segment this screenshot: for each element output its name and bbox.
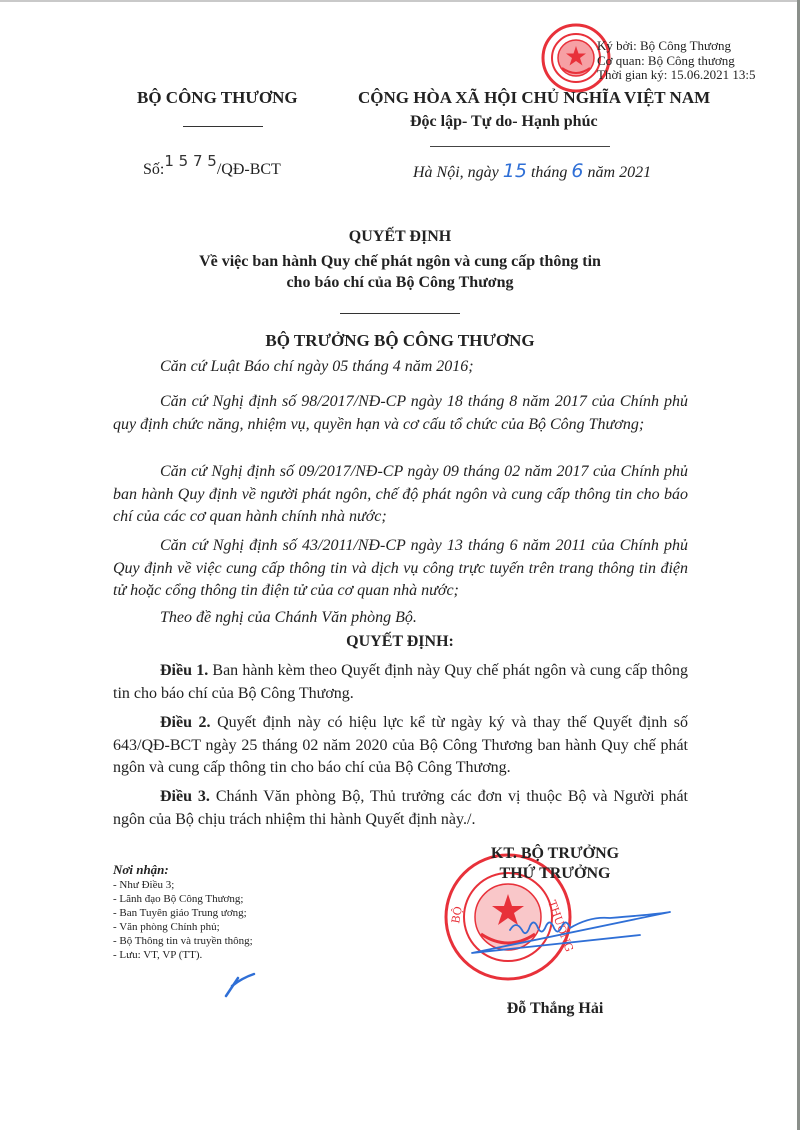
- title-underline: [340, 313, 460, 314]
- number-prefix: Số:: [143, 161, 164, 178]
- issuer-name: BỘ CÔNG THƯƠNG: [137, 88, 298, 108]
- month-handwritten: 6: [571, 160, 583, 182]
- day-handwritten: 15: [503, 160, 527, 182]
- signed-by: Ký bởi: Bộ Công Thương: [597, 39, 756, 54]
- place-date: Hà Nội, ngày 15 tháng 6 năm 2021: [413, 160, 651, 182]
- recipient-item: - Văn phòng Chính phủ;: [113, 920, 253, 934]
- recipient-item: - Lưu: VT, VP (TT).: [113, 948, 253, 962]
- article-label: Điều 3.: [160, 788, 210, 805]
- basis-3: Căn cứ Nghị định số 09/2017/NĐ-CP ngày 0…: [113, 461, 688, 529]
- handwritten-signature-icon: [470, 905, 700, 965]
- article-label: Điều 2.: [160, 714, 211, 731]
- authority-title: BỘ TRƯỞNG BỘ CÔNG THƯƠNG: [0, 331, 800, 351]
- recipients-title: Nơi nhận:: [113, 862, 253, 878]
- decision-heading: QUYẾT ĐỊNH:: [0, 633, 800, 651]
- article-3: Điều 3. Chánh Văn phòng Bộ, Thủ trưởng c…: [113, 786, 688, 831]
- initial-mark-icon: [222, 970, 262, 1000]
- number-handwritten: 1 5 7 5: [164, 152, 216, 170]
- recipients-list: Nơi nhận: - Như Điều 3; - Lãnh đạo Bộ Cô…: [113, 862, 253, 962]
- svg-text:BỘ: BỘ: [448, 905, 465, 924]
- page-top-edge: [0, 0, 800, 2]
- motto-underline: [430, 146, 610, 147]
- document-number: Số:1 5 7 5/QĐ-BCT: [143, 160, 281, 179]
- issuer-underline: [183, 126, 263, 127]
- signing-time: Thời gian ký: 15.06.2021 13:5: [597, 68, 756, 83]
- basis-2: Căn cứ Nghị định số 98/2017/NĐ-CP ngày 1…: [113, 391, 688, 436]
- recipient-item: - Ban Tuyên giáo Trung ương;: [113, 906, 253, 920]
- document-page: Ký bởi: Bộ Công Thương Cơ quan: Bộ Công …: [0, 0, 800, 1130]
- country-name: CỘNG HÒA XÃ HỘI CHỦ NGHĨA VIỆT NAM: [358, 88, 710, 108]
- recipient-item: - Lãnh đạo Bộ Công Thương;: [113, 892, 253, 906]
- signature-title-1: KT. BỘ TRƯỞNG: [440, 845, 670, 863]
- signer-name: Đỗ Thắng Hải: [440, 1000, 670, 1018]
- basis-4: Căn cứ Nghị định số 43/2011/NĐ-CP ngày 1…: [113, 535, 688, 603]
- national-motto: Độc lập- Tự do- Hạnh phúc: [410, 113, 598, 131]
- basis-1: Căn cứ Luật Báo chí ngày 05 tháng 4 năm …: [113, 356, 688, 379]
- article-1: Điều 1. Ban hành kèm theo Quyết định này…: [113, 660, 688, 705]
- signature-title-2: THỨ TRƯỞNG: [440, 865, 670, 883]
- signing-agency: Cơ quan: Bộ Công thương: [597, 54, 756, 69]
- subject-line-1: Về việc ban hành Quy chế phát ngôn và cu…: [0, 253, 800, 271]
- subject-line-2: cho báo chí của Bộ Công Thương: [0, 274, 800, 292]
- digital-signature-info: Ký bởi: Bộ Công Thương Cơ quan: Bộ Công …: [597, 39, 756, 83]
- article-2: Điều 2. Quyết định này có hiệu lực kể từ…: [113, 712, 688, 780]
- basis-5: Theo đề nghị của Chánh Văn phòng Bộ.: [113, 607, 688, 630]
- doc-type-title: QUYẾT ĐỊNH: [0, 228, 800, 246]
- number-suffix: /QĐ-BCT: [217, 161, 281, 178]
- recipient-item: - Như Điều 3;: [113, 878, 253, 892]
- article-label: Điều 1.: [160, 662, 208, 679]
- recipient-item: - Bộ Thông tin và truyền thông;: [113, 934, 253, 948]
